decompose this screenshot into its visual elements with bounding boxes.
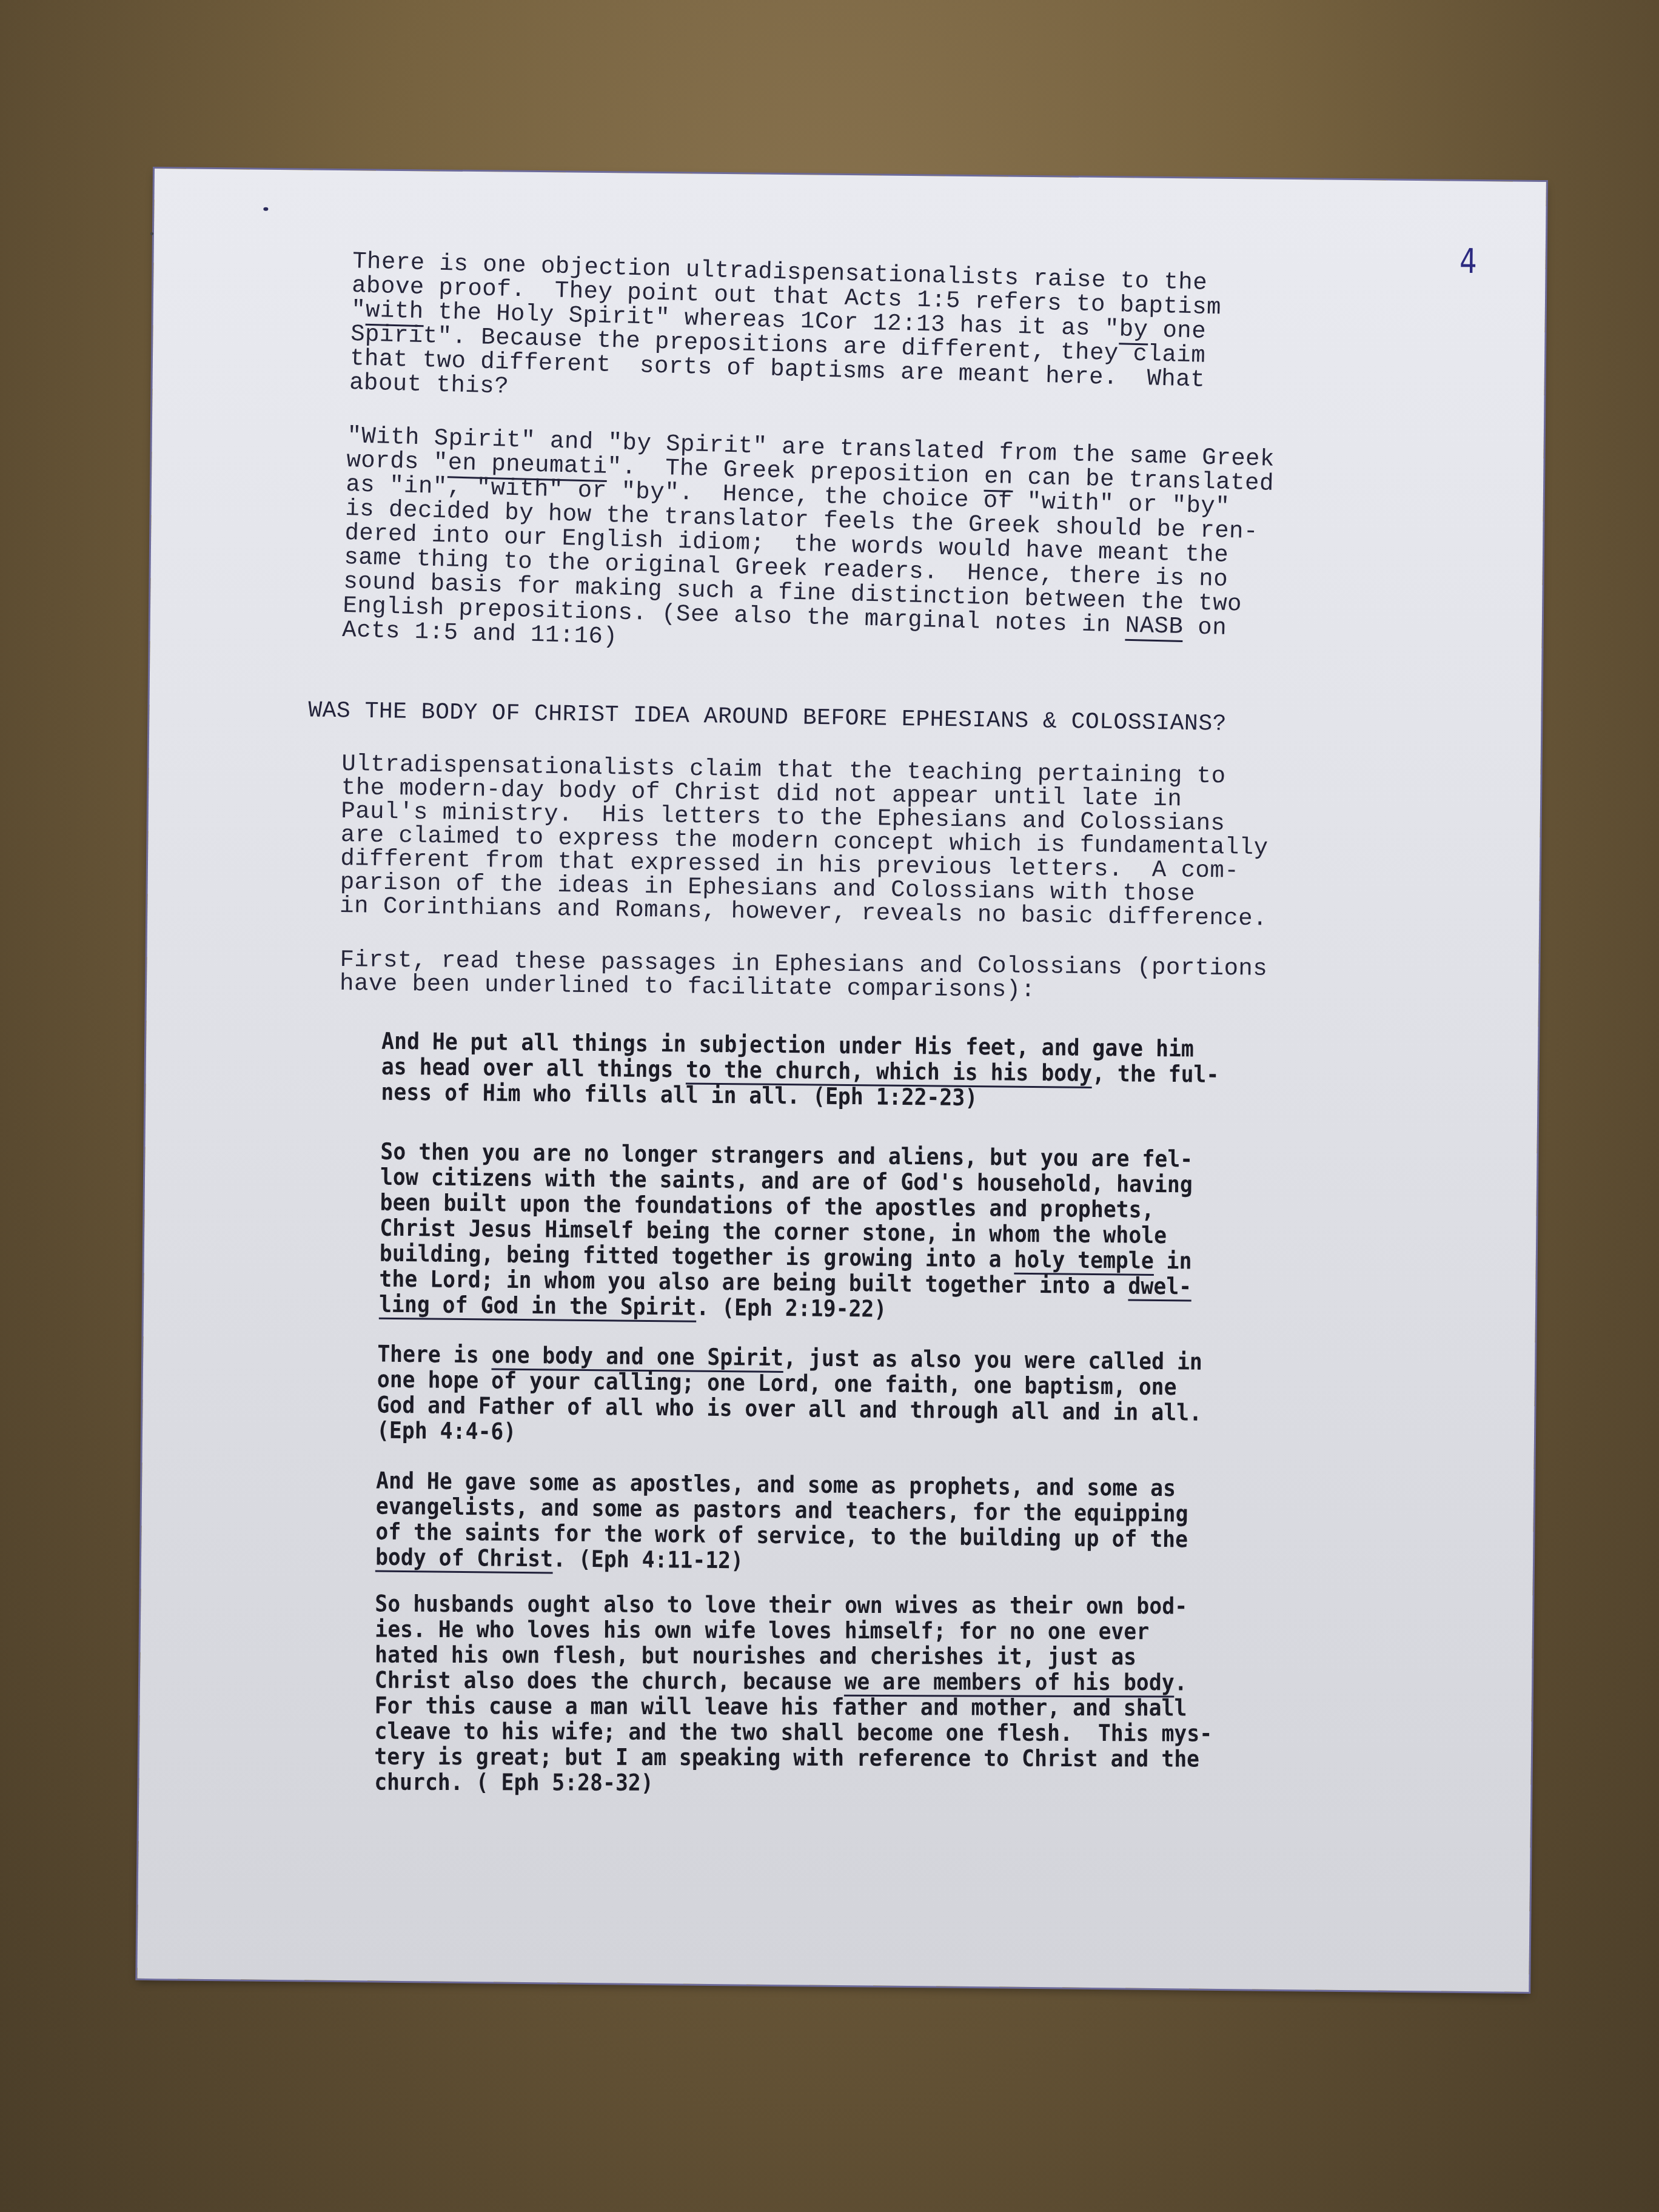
- text-segment: about this?: [349, 369, 509, 400]
- objection-paragraph: There is one objection ultradispensation…: [349, 249, 1222, 417]
- text-segment: Christ also does the church, because: [375, 1667, 845, 1695]
- text-line: tery is great; but I am speaking with re…: [374, 1744, 1212, 1772]
- text-segment: For this cause a man will leave his fath…: [375, 1692, 1187, 1721]
- passage-eph-4a: There is one body and one Spirit, just a…: [377, 1341, 1202, 1451]
- text-segment: ": [351, 297, 366, 324]
- underlined-text: NASB: [1125, 612, 1184, 642]
- passage-eph-1: And He put all things in subjection unde…: [381, 1028, 1219, 1113]
- text-segment: church. ( Eph 5:28-32): [374, 1769, 654, 1796]
- text-segment: (Eph 4:4-6): [377, 1417, 517, 1445]
- text-segment: , the ful-: [1092, 1060, 1219, 1088]
- text-segment: on: [1183, 614, 1227, 642]
- text-line: So husbands ought also to love their own…: [375, 1591, 1213, 1619]
- underlined-text: ling of God in the Spirit: [379, 1291, 697, 1322]
- text-line: church. ( Eph 5:28-32): [374, 1769, 1212, 1797]
- ink-dot: [150, 232, 153, 235]
- text-segment: tery is great; but I am speaking with re…: [374, 1743, 1199, 1772]
- text-segment: in: [1154, 1247, 1192, 1275]
- intro-paragraph: First, read these passages in Ephesians …: [340, 948, 1268, 1005]
- text-segment: . (Eph 2:19-22): [696, 1294, 886, 1322]
- text-segment: . (Eph 4:11-12): [553, 1545, 743, 1574]
- claim-paragraph: Ultradispensationalists claim that the t…: [340, 752, 1270, 931]
- page-number: 4: [1460, 242, 1477, 281]
- text-segment: So husbands ought also to love their own…: [375, 1590, 1187, 1620]
- text-segment: ies. He who loves his own wife loves him…: [375, 1616, 1149, 1645]
- text-segment: as head over all things: [381, 1053, 686, 1083]
- section-heading: WAS THE BODY OF CHRIST IDEA AROUND BEFOR…: [308, 697, 1227, 737]
- document-page: 4 There is one objection ultradispensati…: [137, 169, 1546, 1992]
- passage-eph-2: So then you are no longer strangers and …: [379, 1139, 1193, 1325]
- text-line: Christ also does the church, because we …: [375, 1667, 1213, 1695]
- answer-paragraph: "With Spirit" and "by Spirit" are transl…: [342, 424, 1275, 666]
- underlined-text: body of Christ: [375, 1544, 554, 1574]
- ink-dot: [263, 207, 268, 211]
- text-segment: There is: [377, 1341, 492, 1369]
- text-segment: ness of Him who fills all in all. (Eph 1…: [381, 1079, 977, 1111]
- text-segment: hated his own flesh, but nourishes and c…: [375, 1641, 1136, 1671]
- text-line: cleave to his wife; and the two shall be…: [374, 1718, 1212, 1746]
- text-segment: .: [1175, 1669, 1187, 1695]
- passage-eph-4b: And He gave some as apostles, and some a…: [375, 1468, 1188, 1578]
- passage-eph-5: So husbands ought also to love their own…: [374, 1591, 1213, 1797]
- underlined-text: dwel-: [1128, 1272, 1191, 1301]
- text-line: For this cause a man will leave his fath…: [375, 1693, 1213, 1721]
- text-segment: cleave to his wife; and the two shall be…: [374, 1718, 1212, 1747]
- text-line: ies. He who loves his own wife loves him…: [375, 1617, 1213, 1644]
- text-line: hated his own flesh, but nourishes and c…: [375, 1642, 1213, 1670]
